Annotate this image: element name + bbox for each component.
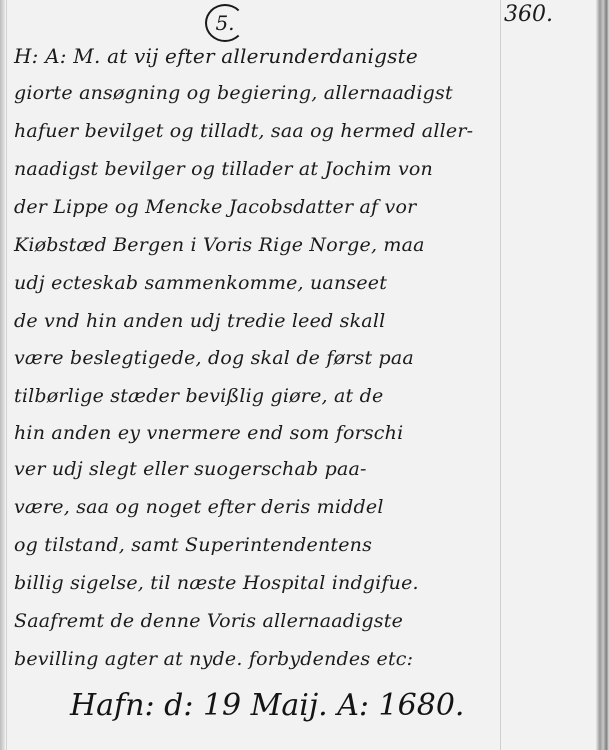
manuscript-page: 360. 5. H: A: M. at vij efter allerunder… (0, 0, 609, 750)
left-margin-rule (6, 0, 7, 750)
text-line: bevilling agter at nyde. forbydendes etc… (14, 648, 413, 670)
right-margin-rule (500, 0, 501, 750)
text-line: ver udj slegt eller suogerschab paa- (14, 458, 367, 480)
text-line: Kiøbstæd Bergen i Voris Rige Norge, maa (14, 234, 425, 256)
book-binding-edge (596, 0, 609, 750)
text-line: der Lippe og Mencke Jacobsdatter af vor (14, 196, 416, 218)
text-line: hin anden ey vnermere end som forschi (14, 422, 403, 444)
folio-number: 360. (504, 2, 553, 27)
text-line: være beslegtigede, dog skal de først paa (14, 347, 414, 369)
text-line: de vnd hin anden udj tredie leed skall (14, 310, 385, 332)
text-line: H: A: M. at vij efter allerunderdanigste (14, 44, 418, 68)
text-line: Saafremt de denne Voris allernaadigste (14, 610, 403, 632)
dateline: Hafn: d: 19 Maij. A: 1680. (70, 688, 464, 723)
text-line: og tilstand, samt Superintendentens (14, 534, 372, 556)
page-left-edge (0, 0, 5, 750)
text-line: billig sigelse, til næste Hospital indgi… (14, 572, 419, 594)
section-marker: 5. (205, 4, 245, 42)
text-line: hafuer bevilget og tilladt, saa og herme… (14, 120, 473, 142)
text-line: tilbørlige stæder bevißlig giøre, at de (14, 385, 383, 407)
text-line: udj ecteskab sammenkomme, uanseet (14, 272, 387, 294)
text-line: være, saa og noget efter deris middel (14, 496, 384, 518)
text-line: giorte ansøgning og begiering, allernaad… (14, 82, 453, 104)
text-line: naadigst bevilger og tillader at Jochim … (14, 158, 433, 180)
